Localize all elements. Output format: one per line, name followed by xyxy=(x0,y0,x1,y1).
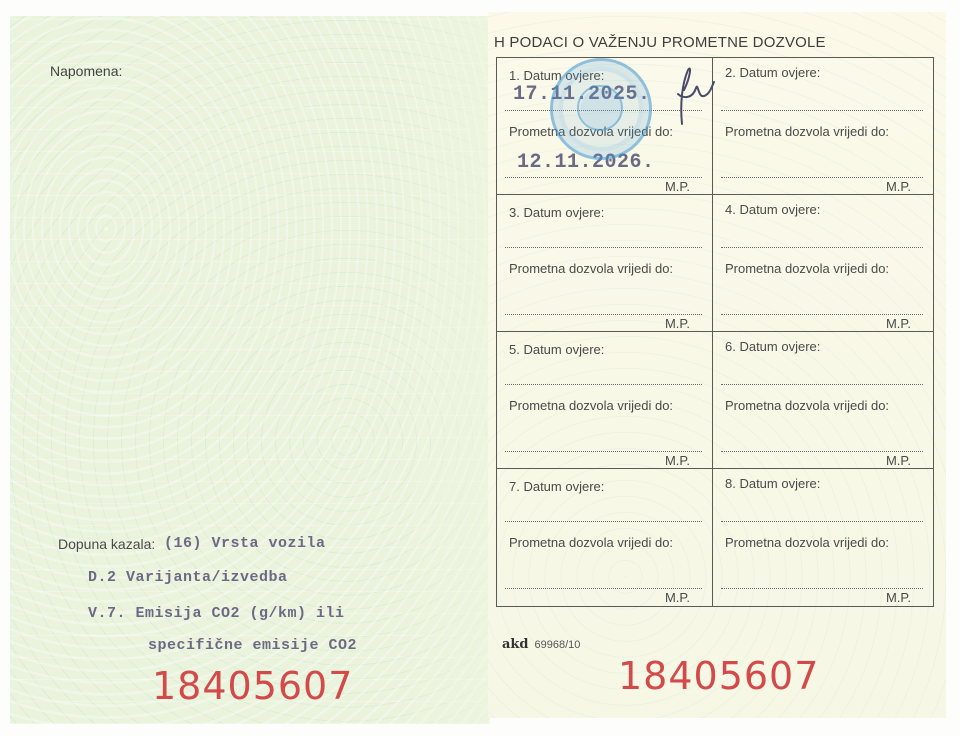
supplement-block: Dopuna kazala: (16) Vrsta vozila D.2 Var… xyxy=(58,536,155,554)
note-label: Napomena: xyxy=(50,63,122,79)
validity-label: Prometna dozvola vrijedi do: xyxy=(725,124,889,139)
stamp-coat-of-arms-icon xyxy=(577,85,623,131)
official-stamp-icon xyxy=(550,58,652,160)
seal-label: M.P. xyxy=(886,179,911,194)
dotted-line xyxy=(505,384,702,385)
supplement-line: specifične emisije CO2 xyxy=(148,637,357,654)
validity-label: Prometna dozvola vrijedi do: xyxy=(509,535,673,550)
certification-date-label: 6. Datum ovjere: xyxy=(725,339,820,354)
dotted-line xyxy=(505,247,702,248)
supplement-label: Dopuna kazala: xyxy=(58,536,155,552)
certification-cell-4: 4. Datum ovjere: Prometna dozvola vrijed… xyxy=(713,195,933,332)
dotted-line xyxy=(505,177,702,178)
seal-label: M.P. xyxy=(886,316,911,331)
certification-cell-3: 3. Datum ovjere: Prometna dozvola vrijed… xyxy=(497,195,713,332)
dotted-line xyxy=(721,314,923,315)
seal-label: M.P. xyxy=(886,453,911,468)
dotted-line xyxy=(721,588,923,589)
dotted-line xyxy=(721,247,923,248)
certification-date-label: 2. Datum ovjere: xyxy=(725,65,820,80)
supplement-line: D.2 Varijanta/izvedba xyxy=(88,569,288,586)
dotted-line xyxy=(721,177,923,178)
certification-date-label: 7. Datum ovjere: xyxy=(509,479,604,494)
validity-label: Prometna dozvola vrijedi do: xyxy=(725,535,889,550)
seal-label: M.P. xyxy=(665,316,690,331)
dotted-line xyxy=(721,521,923,522)
serial-number-right: 18405607 xyxy=(618,654,819,698)
serial-number-left: 18405607 xyxy=(152,664,353,708)
seal-label: M.P. xyxy=(886,590,911,605)
signature-icon xyxy=(668,64,722,128)
validity-label: Prometna dozvola vrijedi do: xyxy=(509,261,673,276)
supplement-line: (16) Vrsta vozila xyxy=(164,535,326,552)
certification-cell-5: 5. Datum ovjere: Prometna dozvola vrijed… xyxy=(497,332,713,469)
certification-cell-8: 8. Datum ovjere: Prometna dozvola vrijed… xyxy=(713,469,933,606)
certification-date-label: 4. Datum ovjere: xyxy=(725,202,820,217)
seal-label: M.P. xyxy=(665,179,690,194)
section-title: H PODACI O VAŽENJU PROMETNE DOZVOLE xyxy=(494,34,826,51)
certification-date-label: 5. Datum ovjere: xyxy=(509,342,604,357)
certification-date-label: 3. Datum ovjere: xyxy=(509,205,604,220)
printer-logo-icon: akd xyxy=(502,637,529,652)
dotted-line xyxy=(505,521,702,522)
form-code-number: 69968/10 xyxy=(535,639,581,651)
dotted-line xyxy=(505,588,702,589)
supplement-line: V.7. Emisija CO2 (g/km) ili xyxy=(88,605,345,622)
dotted-line xyxy=(721,384,923,385)
certification-cell-2: 2. Datum ovjere: Prometna dozvola vrijed… xyxy=(713,58,933,195)
form-code: akd69968/10 xyxy=(502,637,580,652)
dotted-line xyxy=(721,451,923,452)
certification-cell-6: 6. Datum ovjere: Prometna dozvola vrijed… xyxy=(713,332,933,469)
dotted-line xyxy=(505,314,702,315)
dotted-line xyxy=(721,110,923,111)
validity-label: Prometna dozvola vrijedi do: xyxy=(509,398,673,413)
validity-label: Prometna dozvola vrijedi do: xyxy=(725,261,889,276)
certification-date-label: 8. Datum ovjere: xyxy=(725,476,820,491)
validity-label: Prometna dozvola vrijedi do: xyxy=(725,398,889,413)
certification-cell-7: 7. Datum ovjere: Prometna dozvola vrijed… xyxy=(497,469,713,606)
seal-label: M.P. xyxy=(665,590,690,605)
seal-label: M.P. xyxy=(665,453,690,468)
dotted-line xyxy=(505,451,702,452)
